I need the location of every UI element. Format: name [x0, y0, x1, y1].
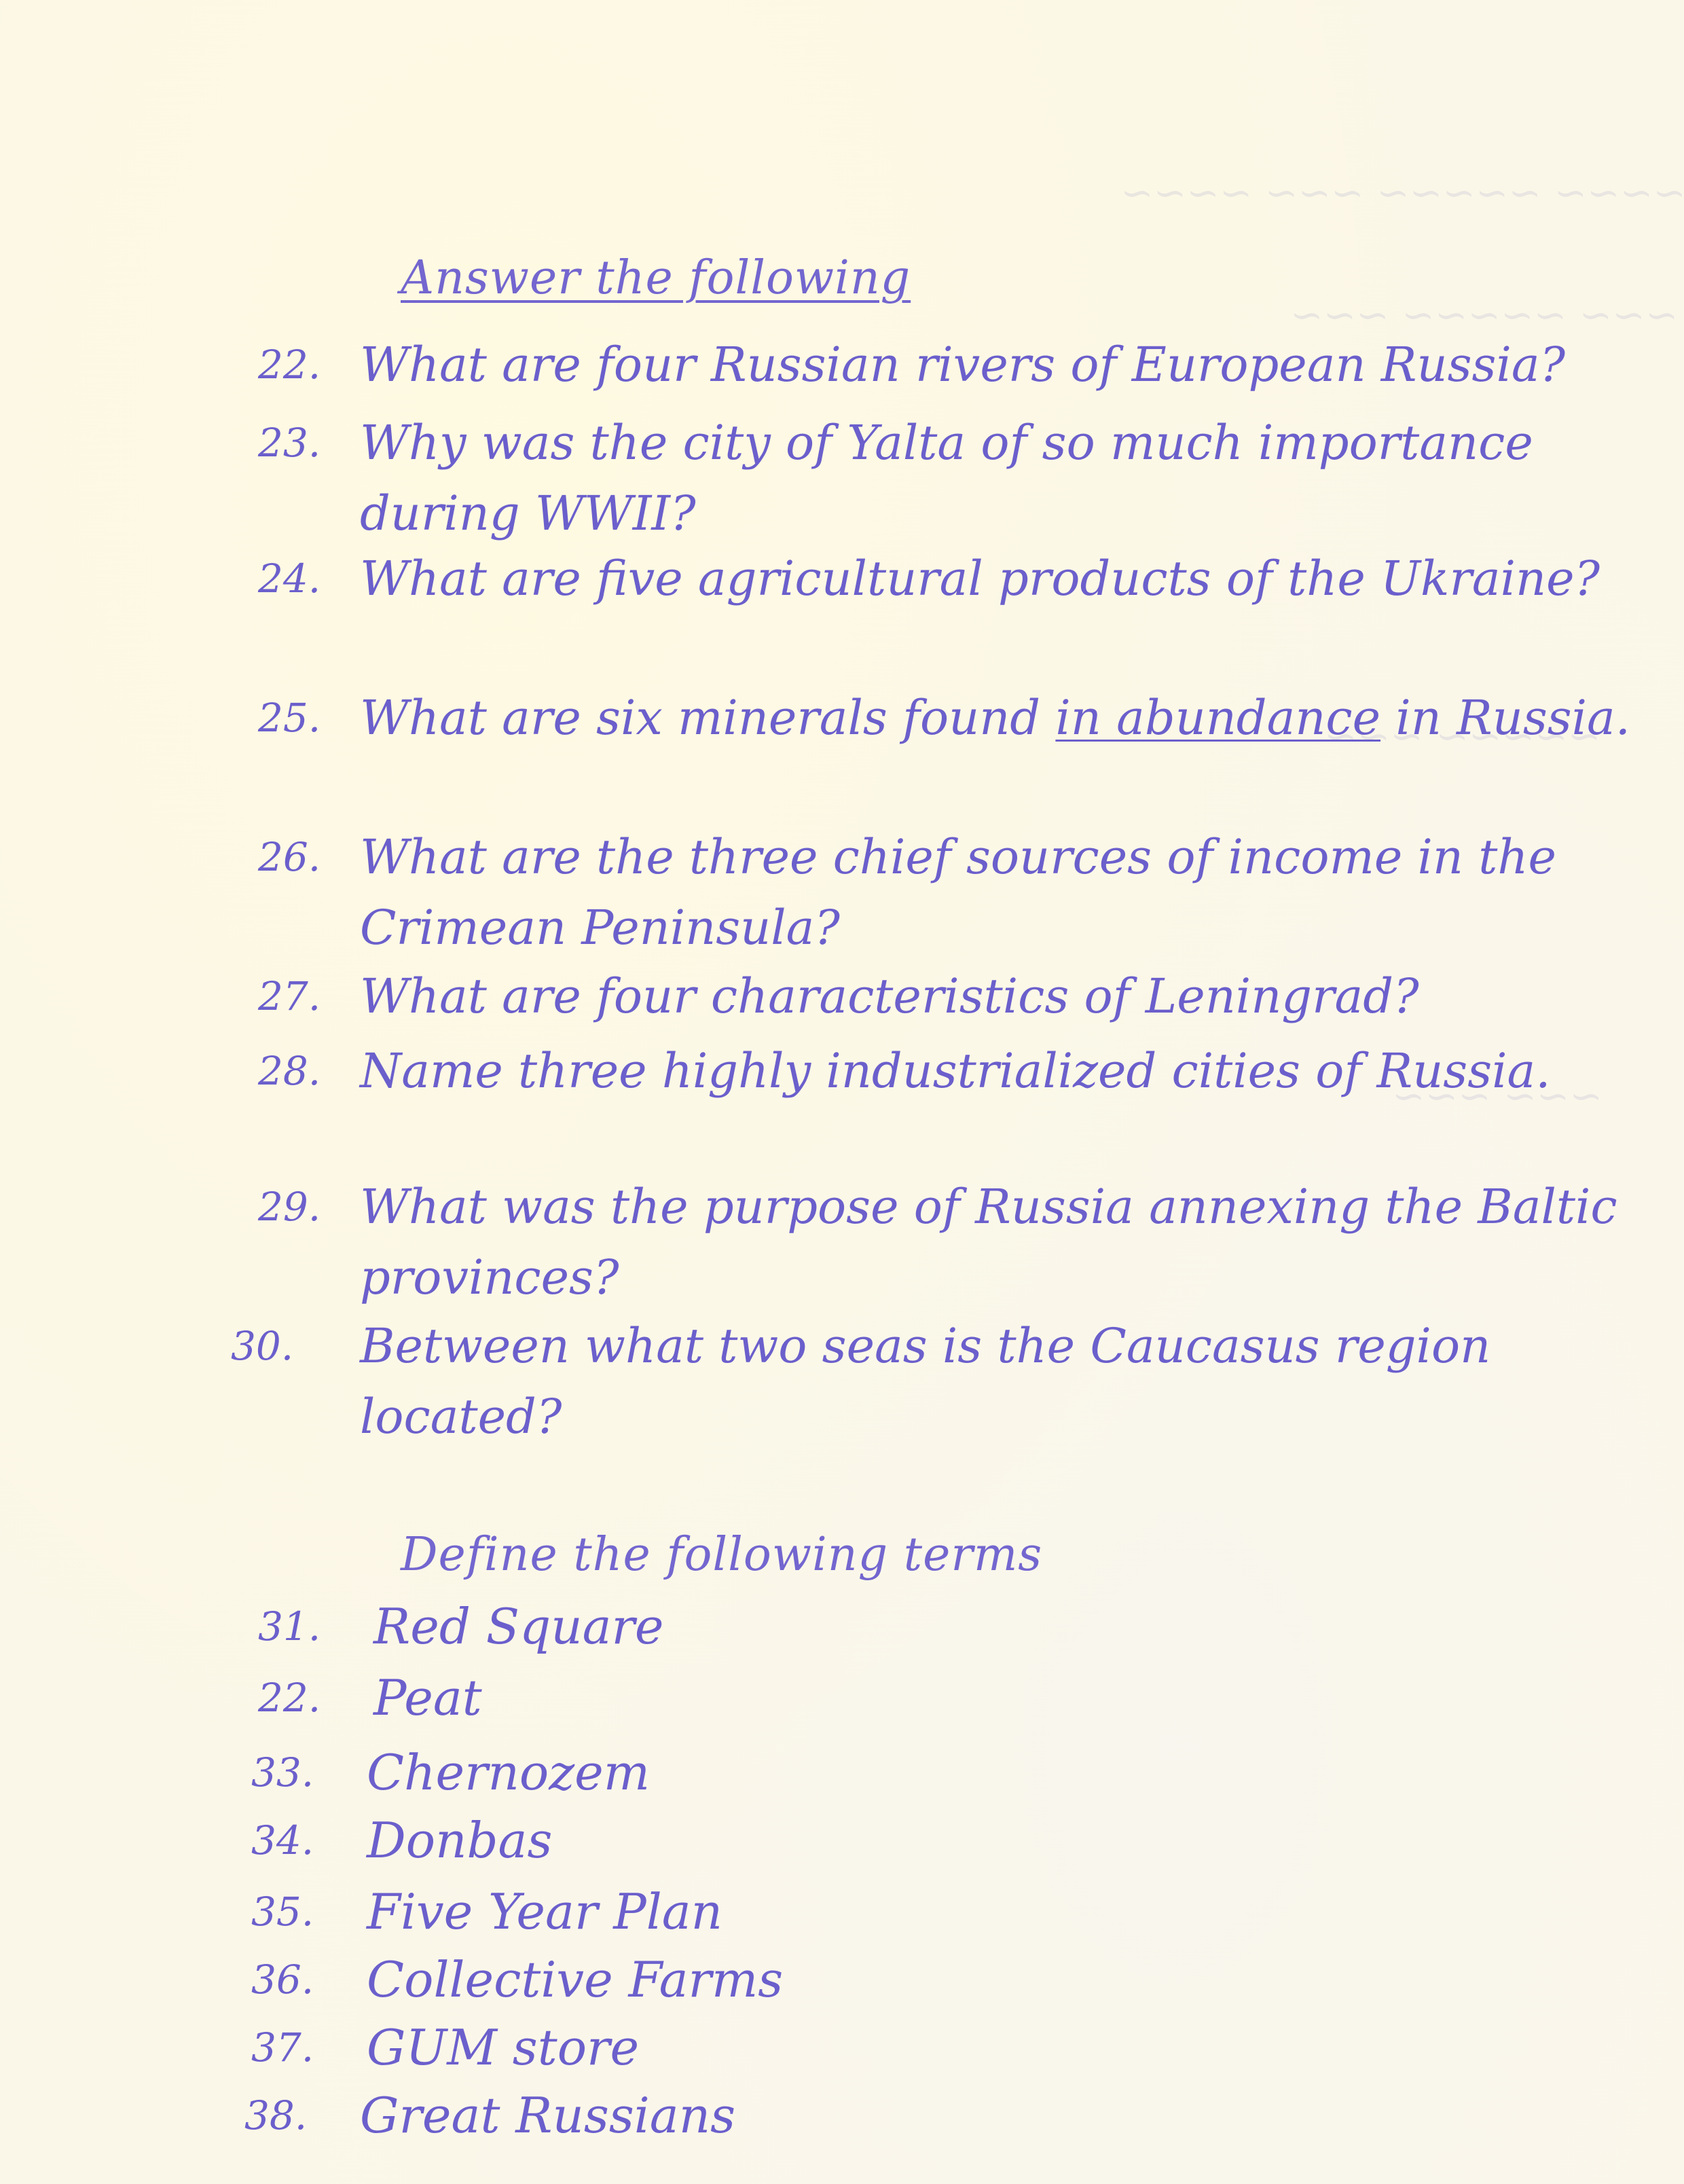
term-text: Peat	[373, 1664, 482, 1732]
term-text: Red Square	[373, 1592, 664, 1660]
term-text: Chernozem	[367, 1739, 650, 1806]
question-text: What are four characteristics of Leningr…	[360, 961, 1684, 1032]
term-text: Collective Farms	[367, 1946, 783, 2014]
question-number: 23.	[258, 407, 360, 549]
term-item: 38. Great Russians	[244, 2081, 735, 2149]
question-text: Name three highly industrialized cities …	[360, 1036, 1684, 1106]
question-item: 30. Between what two seas is the Caucasu…	[231, 1311, 1684, 1452]
question-number: 28.	[258, 1036, 360, 1106]
term-number: 36.	[251, 1946, 367, 2014]
question-text: What are five agricultural products of t…	[360, 543, 1684, 614]
question-item: 29. What was the purpose of Russia annex…	[258, 1171, 1684, 1313]
handwritten-worksheet-page: ~~~~ ~~~~~ ~~~ ~~~~ ~~~ ~~~~~ ~~~ ~~~~~ …	[0, 0, 1684, 2184]
term-text: GUM store	[367, 2014, 639, 2081]
term-number: 31.	[258, 1592, 373, 1660]
question-item: 22. What are four Russian rivers of Euro…	[258, 329, 1684, 400]
question-number: 22.	[258, 329, 360, 400]
term-number: 35.	[251, 1878, 367, 1946]
term-item: 35. Five Year Plan	[251, 1878, 722, 1946]
term-item: 34. Donbas	[251, 1806, 552, 1874]
question-number: 25.	[258, 682, 360, 753]
term-text: Five Year Plan	[367, 1878, 722, 1946]
question-item: 24. What are five agricultural products …	[258, 543, 1684, 614]
question-number: 26.	[258, 822, 360, 963]
term-item: 36. Collective Farms	[251, 1946, 783, 2014]
question-item: 26. What are the three chief sources of …	[258, 822, 1684, 963]
term-number: 33.	[251, 1739, 367, 1806]
term-number: 37.	[251, 2014, 367, 2081]
question-number: 30.	[231, 1311, 360, 1452]
question-number: 29.	[258, 1171, 360, 1313]
question-text: What are six minerals found in abundance…	[360, 682, 1684, 753]
section-heading-answer: Answer the following	[401, 251, 911, 305]
question-text: What are the three chief sources of inco…	[360, 822, 1684, 963]
question-item: 27. What are four characteristics of Len…	[258, 961, 1684, 1032]
term-text: Great Russians	[360, 2081, 735, 2149]
question-text: What are four Russian rivers of European…	[360, 329, 1684, 400]
term-number: 38.	[244, 2081, 360, 2149]
term-item: 33. Chernozem	[251, 1739, 650, 1806]
underlined-phrase: in abundance	[1055, 690, 1380, 746]
term-text: Donbas	[367, 1806, 552, 1874]
question-number: 27.	[258, 961, 360, 1032]
question-item: 28. Name three highly industrialized cit…	[258, 1036, 1684, 1106]
term-number: 22.	[258, 1664, 373, 1732]
bleed-through-text: ~~~~ ~~~~~ ~~~ ~~~~	[1120, 170, 1684, 216]
question-text: Between what two seas is the Caucasus re…	[360, 1311, 1684, 1452]
term-item: 37. GUM store	[251, 2014, 639, 2081]
term-item: 22. Peat	[258, 1664, 482, 1732]
section-heading-define: Define the following terms	[401, 1528, 1042, 1582]
question-item: 23. Why was the city of Yalta of so much…	[258, 407, 1684, 549]
term-item: 31. Red Square	[258, 1592, 664, 1660]
term-number: 34.	[251, 1806, 367, 1874]
question-text: Why was the city of Yalta of so much imp…	[360, 407, 1684, 549]
question-number: 24.	[258, 543, 360, 614]
question-item: 25. What are six minerals found in abund…	[258, 682, 1684, 753]
question-text: What was the purpose of Russia annexing …	[360, 1171, 1684, 1313]
